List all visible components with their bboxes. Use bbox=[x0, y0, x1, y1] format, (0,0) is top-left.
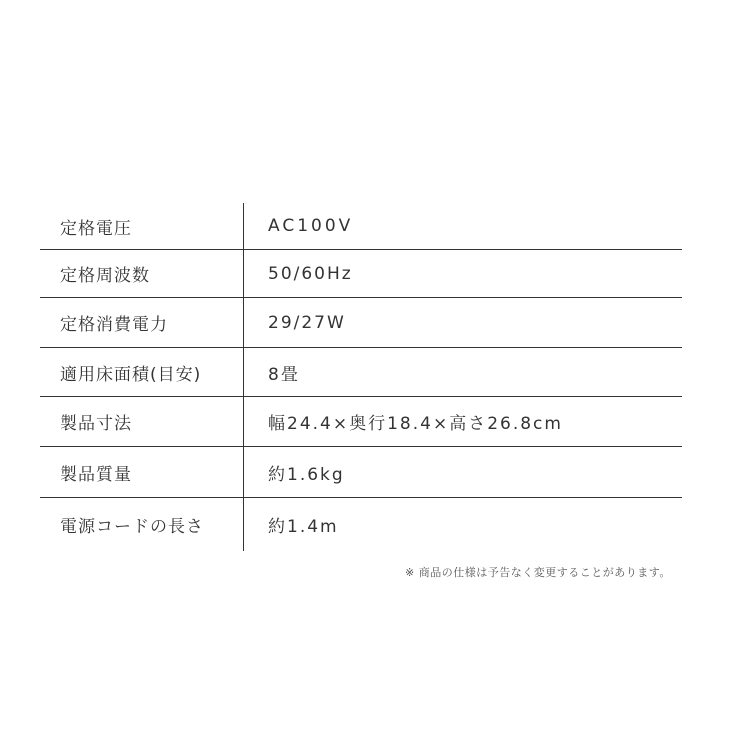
spec-value: 約1.4m bbox=[268, 512, 339, 537]
spec-label: 適用床面積(目安) bbox=[60, 360, 201, 385]
spec-label: 製品質量 bbox=[60, 460, 132, 485]
spec-value: 8畳 bbox=[268, 360, 300, 385]
spec-label: 定格電圧 bbox=[60, 214, 132, 239]
spec-row-rated-voltage: 定格電圧 AC100V bbox=[40, 203, 682, 250]
spec-row-rated-power: 定格消費電力 29/27W bbox=[40, 298, 682, 348]
spec-label: 定格周波数 bbox=[60, 261, 150, 286]
spec-change-note: ※ 商品の仕様は予告なく変更することがあります。 bbox=[405, 564, 671, 580]
spec-value: 50/60Hz bbox=[268, 264, 353, 284]
spec-table: 定格電圧 AC100V 定格周波数 50/60Hz 定格消費電力 29/27W … bbox=[40, 203, 682, 551]
spec-row-cord-length: 電源コードの長さ 約1.4m bbox=[40, 498, 682, 551]
spec-row-dimensions: 製品寸法 幅24.4×奥行18.4×高さ26.8cm bbox=[40, 397, 682, 447]
spec-label: 定格消費電力 bbox=[60, 310, 168, 335]
spec-value: 29/27W bbox=[268, 313, 346, 333]
spec-row-rated-frequency: 定格周波数 50/60Hz bbox=[40, 250, 682, 298]
spec-label: 製品寸法 bbox=[60, 409, 132, 434]
spec-row-floor-area: 適用床面積(目安) 8畳 bbox=[40, 348, 682, 397]
spec-value: 幅24.4×奥行18.4×高さ26.8cm bbox=[268, 409, 563, 434]
spec-value: 約1.6kg bbox=[268, 460, 345, 485]
spec-label: 電源コードの長さ bbox=[60, 512, 204, 537]
spec-value: AC100V bbox=[268, 216, 353, 236]
spec-row-weight: 製品質量 約1.6kg bbox=[40, 447, 682, 498]
